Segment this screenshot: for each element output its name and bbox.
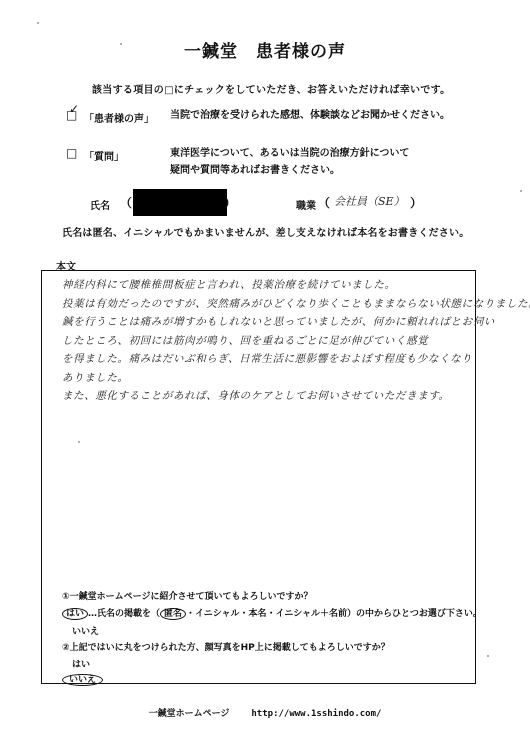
question-number: ① — [62, 592, 70, 602]
scan-speck — [520, 190, 522, 192]
question-text: 一鍼堂ホームページに紹介させて頂いてもよろしいですか？ — [70, 592, 313, 602]
q1-yes-option[interactable]: はい — [62, 608, 88, 620]
option-patient-voice[interactable]: □ ✓ 「患者様の声」 当院で治療を受けられた感想、体験談などお聞かせください。 — [66, 107, 486, 127]
handwritten-line: を得ました。痛みはだいぶ和らぎ、日常生活に悪影響をおよぼす程度も少なくなり — [62, 350, 474, 369]
name-note: 氏名は匿名、イニシャルでもかまいませんが、差し支えなければ本名をお書きください。 — [62, 224, 469, 239]
footer: 一鍼堂ホームページhttp://www.1sshindo.com/ — [0, 706, 530, 719]
q1-name-option-initials-name[interactable]: イニシャル＋名前 — [276, 609, 347, 619]
q1-yes-suffix: …氏名の掲載を（ — [88, 609, 160, 619]
instruction-text: 該当する項目の□にチェックをしていただき、お答えいただければ幸いです。 — [92, 81, 450, 96]
q2-no-option[interactable]: いいえ — [62, 674, 103, 686]
page-title: 一鍼堂 患者様の声 — [0, 37, 530, 62]
handwritten-line: 神経内科にて腰椎椎間板症と言われ、投薬治療を続けていました。 — [62, 276, 474, 295]
handwritten-line: また、悪化することがあれば、身体のケアとしてお伺いさせていただきます。 — [62, 387, 474, 406]
handwritten-line: したところ、初回には筋肉が鳴り、回を重ねるごとに足が伸びていく感覚 — [62, 332, 474, 351]
occupation-close-paren: ） — [410, 194, 422, 211]
name-close-paren: ） — [224, 194, 236, 211]
scan-speck — [37, 22, 39, 24]
scan-speck — [120, 43, 122, 45]
q1-name-option-anonymous[interactable]: 匿名 — [160, 608, 186, 620]
handwritten-line: 投薬は有効だったのですが、突然痛みがひどくなり歩くこともままならない状態になりま… — [62, 295, 474, 314]
occupation-label: 職業 — [296, 197, 316, 212]
option-label: 「患者様の声」 — [84, 110, 154, 125]
option-question[interactable]: □ 「質問」 東洋医学について、あるいは当院の治療方針について 疑問や質問等あれ… — [66, 145, 486, 183]
name-open-paren: （ — [120, 194, 132, 211]
option-description-line: 疑問や質問等あればお書きください。 — [170, 162, 409, 179]
handwritten-line: ありました。 — [62, 369, 474, 388]
checkbox-question[interactable]: □ — [66, 146, 77, 160]
name-field-redacted[interactable] — [133, 189, 227, 216]
footer-site-name: 一鍼堂ホームページ — [149, 709, 230, 719]
scan-speck — [78, 441, 80, 443]
question-1-yes-row: はい…氏名の掲載を（匿名・イニシャル・本名・イニシャル＋名前）の中からひとつお選… — [62, 606, 482, 619]
occupation-field[interactable]: 会社員（SE） — [334, 193, 405, 209]
handwritten-line: 鍼を行うことは痛みが増すかもしれないと思っていましたが、何かに頼れればとお伺い — [62, 313, 474, 332]
q1-name-option-realname[interactable]: 本名 — [249, 609, 267, 619]
option-label: 「質問」 — [84, 148, 124, 163]
option-description-line: 東洋医学について、あるいは当院の治療方針について — [170, 145, 409, 162]
occupation-open-paren: （ — [318, 194, 330, 211]
question-2: ②上記ではいに丸をつけられた方、顔写真をHP上に掲載してもよろしいですか？ — [62, 640, 390, 653]
name-label: 氏名 — [90, 197, 110, 212]
footer-url-link[interactable]: http://www.1sshindo.com/ — [251, 709, 381, 719]
option-description: 当院で治療を受けられた感想、体験談などお聞かせください。 — [170, 107, 450, 124]
check-mark-icon: ✓ — [69, 102, 79, 116]
question-text: 上記ではいに丸をつけられた方、顔写真をHP上に掲載してもよろしいですか？ — [70, 643, 390, 653]
option-description: 東洋医学について、あるいは当院の治療方針について 疑問や質問等あればお書きくださ… — [170, 145, 409, 179]
q1-name-option-initials[interactable]: イニシャル — [195, 609, 239, 619]
question-1: ①一鍼堂ホームページに紹介させて頂いてもよろしいですか？ — [62, 589, 312, 602]
body-text-area[interactable]: 神経内科にて腰椎椎間板症と言われ、投薬治療を続けていました。 投薬は有効だったの… — [62, 276, 474, 406]
q2-yes-option[interactable]: はい — [72, 657, 90, 670]
q1-name-options-suffix: ）の中からひとつお選び下さい。 — [347, 609, 482, 619]
question-number: ② — [62, 643, 70, 653]
q1-no-option[interactable]: いいえ — [72, 624, 99, 637]
scan-speck — [487, 655, 489, 657]
